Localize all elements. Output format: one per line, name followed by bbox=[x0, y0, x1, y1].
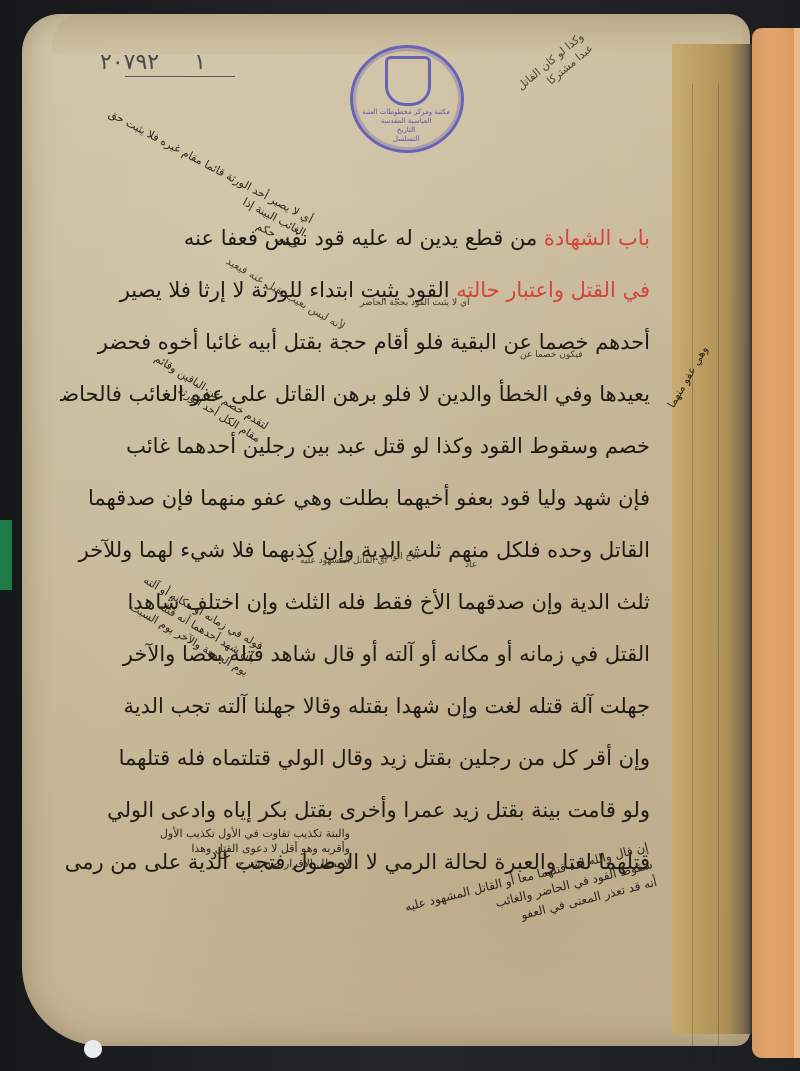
text-line: القتل في زمانه أو مكانه أو آلته أو قال ش… bbox=[60, 628, 650, 680]
line-text: من قطع يدين له عليه قود نفس فعفا عنه bbox=[184, 226, 537, 250]
stamp-text: مكتبة ومركز مخطوطات العتبة العباسية المق… bbox=[361, 108, 451, 144]
next-page-edge bbox=[752, 28, 800, 1058]
text-line: وإن أقر كل من رجلين بقتل زيد وقال الولي … bbox=[60, 732, 650, 784]
interlinear-gloss: أي لا يثبت القود بحجة الحاضر bbox=[360, 298, 470, 308]
green-cloth-strip bbox=[0, 520, 12, 590]
line-text: ولو قامت بينة بقتل زيد عمرا وأخرى بقتل ب… bbox=[107, 798, 650, 822]
gutter-binding bbox=[672, 44, 752, 1034]
marginal-annotation: عاد bbox=[210, 846, 232, 861]
shelfmark-underline bbox=[125, 76, 235, 77]
main-text-block: باب الشهادة من قطع يدين له عليه قود نفس … bbox=[60, 212, 650, 888]
gutter-ruling bbox=[718, 84, 719, 1064]
next-page-fore-edge bbox=[794, 28, 800, 1058]
paper-hole bbox=[84, 1040, 102, 1058]
text-line: جهلت آلة قتله لغت وإن شهدا بقتله وقالا ج… bbox=[60, 680, 650, 732]
stamp-date-label: التاريخ bbox=[361, 126, 451, 135]
stamp-emblem-icon bbox=[385, 56, 431, 106]
rubric-heading: باب الشهادة bbox=[544, 226, 650, 250]
line-text: فإن شهد وليا قود بعفو أخيهما بطلت وهي عف… bbox=[88, 486, 650, 510]
gutter-ruling bbox=[692, 84, 693, 1064]
rubric-heading: في القتل واعتبار حالته bbox=[456, 278, 650, 302]
shelfmark-number: ١ ٢٠٧٩٢ bbox=[100, 50, 206, 75]
text-line: خصم وسقوط القود وكذا لو قتل عبد بين رجلي… bbox=[60, 420, 650, 472]
shelfmark-mark: ١ bbox=[194, 50, 206, 75]
text-line: في القتل واعتبار حالته القود يثبت ابتداء… bbox=[60, 264, 650, 316]
shelfmark-value: ٢٠٧٩٢ bbox=[100, 50, 159, 75]
line-text: جهلت آلة قتله لغت وإن شهدا بقتله وقالا ج… bbox=[123, 694, 650, 718]
interlinear-gloss: عاد bbox=[465, 560, 477, 570]
interlinear-gloss: أي القاتل المشهود عليه bbox=[300, 556, 387, 566]
line-text: وإن أقر كل من رجلين بقتل زيد وقال الولي … bbox=[119, 746, 650, 770]
stamp-institution: مكتبة ومركز مخطوطات العتبة العباسية المق… bbox=[361, 108, 451, 126]
stamp-serial-label: التسلسل bbox=[361, 135, 451, 144]
text-line: فإن شهد وليا قود بعفو أخيهما بطلت وهي عف… bbox=[60, 472, 650, 524]
line-text: خصم وسقوط القود وكذا لو قتل عبد بين رجلي… bbox=[126, 434, 650, 458]
interlinear-gloss: فيكون خصما عن bbox=[520, 350, 583, 360]
text-line: القاتل وحده فلكل منهم ثلث الدية وإن كذبه… bbox=[60, 524, 650, 576]
line-text: يعيدها وفي الخطأ والدين لا فلو برهن القا… bbox=[60, 382, 650, 406]
